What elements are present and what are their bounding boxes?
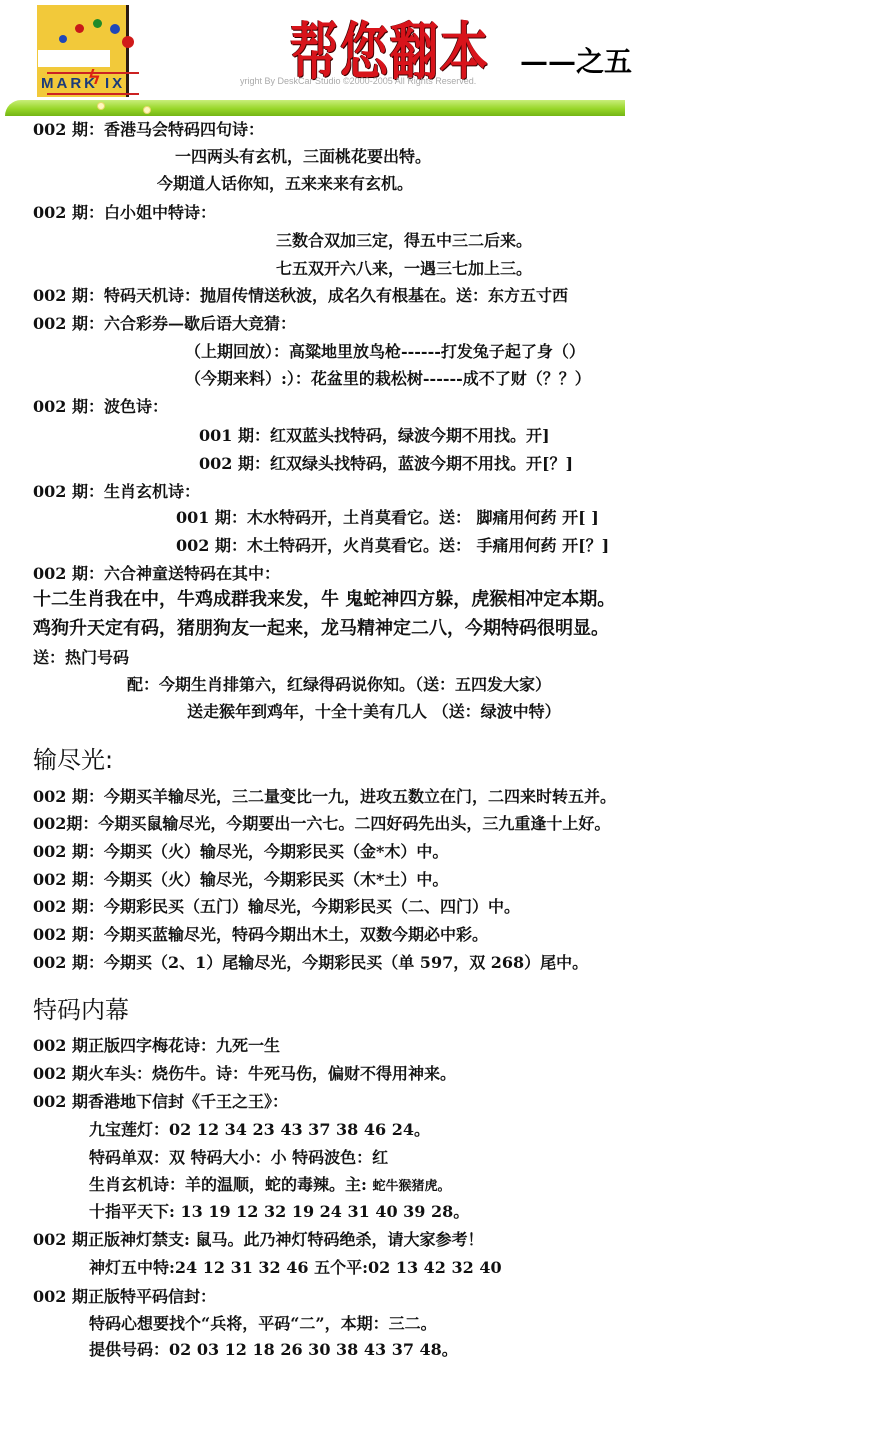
lightning-icon: ϟ (89, 67, 100, 90)
text-line-main: 生肖玄机诗：羊的温顺，蛇的毒辣。主: (89, 1175, 372, 1194)
text-line: 送：热门号码 (33, 648, 129, 668)
text-line: 002 期：香港马会特码四句诗： (33, 120, 264, 140)
text-line: 今期道人话你知，五来来来有玄机。 (157, 174, 413, 194)
text-line: 十二生肖我在中，牛鸡成群我来发，牛 鬼蛇神四方躲，虎猴相冲定本期。 (33, 590, 615, 610)
text-line: （今期来料）:）：花盆里的栽松树------成不了财（？？） (185, 369, 591, 389)
text-line: 三数合双加三定，得五中三二后来。 (276, 231, 532, 251)
flower-icon (143, 106, 151, 114)
text-line: 002 期：白小姐中特诗： (33, 203, 216, 223)
logo-text-right: IX (105, 75, 125, 92)
text-line: 神灯五中特:24 12 31 32 46 五个平:02 13 42 32 40 (89, 1258, 502, 1278)
text-line: 002 期香港地下信封《千王之王》： (33, 1092, 288, 1112)
text-line: 002 期正版神灯禁支: 鼠马。此乃神灯特码绝杀，请大家参考！ (33, 1230, 483, 1250)
flower-icon (97, 102, 105, 110)
logo-mask (38, 50, 110, 67)
text-line: 002 期：特码天机诗：抛眉传情送秋波，成名久有根基在。送：东方五寸西 (33, 286, 568, 306)
text-line: 002 期：今期买（火）输尽光，今期彩民买（木*土）中。 (33, 870, 448, 890)
text-line: 特码单双：双 特码大小：小 特码波色：红 (89, 1148, 388, 1168)
text-line: （上期回放）：高粱地里放鸟枪------打发兔子起了身（） (185, 342, 585, 362)
text-line: 002 期：木土特码开，火肖莫看它。送： 手痛用何药 开[？] (176, 536, 609, 556)
ball-icon (75, 24, 84, 33)
text-line: 002 期：今期买（火）输尽光，今期彩民买（金*木）中。 (33, 842, 448, 862)
text-line: 七五双开六八来，一遇三七加上三。 (276, 259, 532, 279)
text-line: 提供号码：02 03 12 18 26 30 38 43 37 48。 (89, 1340, 458, 1360)
copyright-watermark: yright By DeskCar Studio ©2000-2005 All … (240, 76, 476, 86)
text-line: 002 期：今期买蓝输尽光，特码今期出木土，双数今期必中彩。 (33, 925, 488, 945)
ball-icon (93, 19, 102, 28)
text-line: 001 期：木水特码开，土肖莫看它。送： 脚痛用何药 开[ ] (176, 508, 599, 528)
zodiac-list: 蛇牛猴猪虎。 (372, 1179, 450, 1194)
text-line: 001 期：红双蓝头找特码，绿波今期不用找。开] (199, 426, 550, 446)
text-line: 002 期：六合神童送特码在其中： (33, 564, 280, 584)
ball-icon (59, 35, 67, 43)
text-line: 002 期：今期买羊输尽光，三二量变比一九，进攻五数立在门，二四来时转五并。 (33, 787, 616, 807)
text-line: 九宝莲灯：02 12 34 23 43 37 38 46 24。 (89, 1120, 430, 1140)
green-banner (5, 100, 625, 116)
text-line: 一四两头有玄机，三面桃花要出特。 (175, 147, 431, 167)
text-line: 十指平天下: 13 19 12 32 19 24 31 40 39 28。 (89, 1202, 469, 1222)
ball-icon (122, 36, 134, 48)
section-heading: 输尽光: (33, 740, 113, 775)
text-line: 002 期火车头：烧伤牛。诗：牛死马伤，偏财不得用神来。 (33, 1064, 456, 1084)
mark-six-logo: MARK ϟ IX (37, 5, 129, 97)
text-line: 002 期：今期买（2、1）尾输尽光，今期彩民买（单 597，双 268）尾中。 (33, 953, 588, 973)
text-line: 002 期正版四字梅花诗：九死一生 (33, 1036, 280, 1056)
text-line: 002 期：今期彩民买（五门）输尽光，今期彩民买（二、四门）中。 (33, 897, 520, 917)
text-line: 002 期正版特平码信封： (33, 1287, 216, 1307)
logo-underline (47, 93, 139, 95)
ball-icon (110, 24, 120, 34)
text-line: 配：今期生肖排第六，红绿得码说你知。（送：五四发大家） (127, 675, 551, 695)
text-line: 002 期：红双绿头找特码，蓝波今期不用找。开[？] (199, 454, 573, 474)
text-line: 生肖玄机诗：羊的温顺，蛇的毒辣。主: 蛇牛猴猪虎。 (89, 1175, 451, 1197)
text-line: 002 期：波色诗： (33, 397, 168, 417)
text-line: 特码心想要找个“兵将，平码“二”，本期：三二。 (89, 1314, 437, 1334)
text-line: 送走猴年到鸡年，十全十美有几人 （送：绿波中特） (187, 702, 561, 722)
text-line: 002 期：六合彩券—歇后语大竞猜： (33, 314, 296, 334)
page-subtitle: ——之五 (520, 40, 632, 80)
section-heading: 特码内幕 (33, 990, 129, 1025)
text-line: 002期：今期买鼠输尽光，今期要出一六七。二四好码先出头，三九重逢十上好。 (33, 814, 610, 834)
text-line: 002 期：生肖玄机诗： (33, 482, 200, 502)
text-line: 鸡狗升天定有码，猪朋狗友一起来，龙马精神定二八，今期特码很明显。 (33, 619, 609, 639)
